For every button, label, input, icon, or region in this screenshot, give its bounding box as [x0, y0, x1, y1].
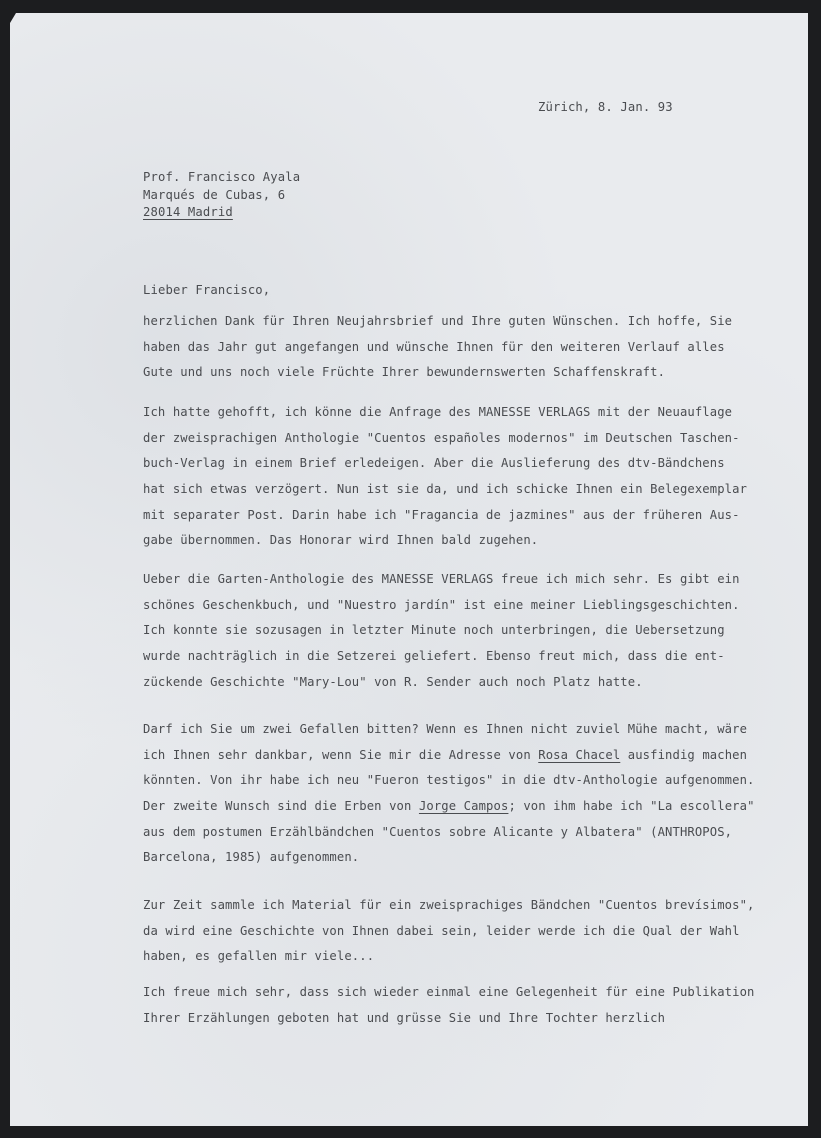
text-line: hat sich etwas verzögert. Nun ist sie da… — [143, 477, 747, 503]
text-line: wurde nachträglich in die Setzerei gelie… — [143, 644, 740, 670]
salutation: Lieber Francisco, — [143, 283, 270, 297]
text-line-with-name: Der zweite Wunsch sind die Erben von Jor… — [143, 794, 755, 820]
text-line-with-name: ich Ihnen sehr dankbar, wenn Sie mir die… — [143, 743, 755, 769]
text-line: der zweisprachigen Anthologie "Cuentos e… — [143, 426, 747, 452]
paragraph-4: Darf ich Sie um zwei Gefallen bitten? We… — [143, 717, 755, 871]
text-segment: ausfindig machen — [620, 748, 747, 762]
text-line: da wird eine Geschichte von Ihnen dabei … — [143, 919, 755, 945]
paragraph-2: Ich hatte gehofft, ich könne die Anfrage… — [143, 400, 747, 554]
text-line: mit separater Post. Darin habe ich "Frag… — [143, 503, 747, 529]
recipient-name: Prof. Francisco Ayala — [143, 168, 300, 187]
text-line: Gute und uns noch viele Früchte Ihrer be… — [143, 360, 732, 386]
date-line: Zürich, 8. Jan. 93 — [538, 100, 673, 114]
text-line: Ueber die Garten-Anthologie des MANESSE … — [143, 567, 740, 593]
text-line: Darf ich Sie um zwei Gefallen bitten? We… — [143, 717, 755, 743]
text-line: Barcelona, 1985) aufgenommen. — [143, 845, 755, 871]
text-line: buch-Verlag in einem Brief erledeigen. A… — [143, 451, 747, 477]
text-line: zückende Geschichte "Mary-Lou" von R. Se… — [143, 670, 740, 696]
text-line: schönes Geschenkbuch, und "Nuestro jardí… — [143, 593, 740, 619]
text-line: haben das Jahr gut angefangen und wünsch… — [143, 335, 732, 361]
text-line: Ich hatte gehofft, ich könne die Anfrage… — [143, 400, 747, 426]
recipient-city: 28014 Madrid — [143, 203, 233, 222]
paragraph-1: herzlichen Dank für Ihren Neujahrsbrief … — [143, 309, 732, 386]
text-line: haben, es gefallen mir viele... — [143, 944, 755, 970]
underlined-name-rosa-chacel: Rosa Chacel — [538, 748, 620, 762]
paragraph-5: Zur Zeit sammle ich Material für ein zwe… — [143, 893, 755, 970]
text-line: Zur Zeit sammle ich Material für ein zwe… — [143, 893, 755, 919]
text-line: gabe übernommen. Das Honorar wird Ihnen … — [143, 528, 747, 554]
text-line: aus dem postumen Erzählbändchen "Cuentos… — [143, 820, 755, 846]
text-line: Ihrer Erzählungen geboten hat und grüsse… — [143, 1006, 755, 1032]
text-segment: ; von ihm habe ich "La escollera" — [508, 799, 754, 813]
text-line: herzlichen Dank für Ihren Neujahrsbrief … — [143, 309, 732, 335]
text-segment: ich Ihnen sehr dankbar, wenn Sie mir die… — [143, 748, 538, 762]
text-line: Ich konnte sie sozusagen in letzter Minu… — [143, 618, 740, 644]
text-segment: Der zweite Wunsch sind die Erben von — [143, 799, 419, 813]
paragraph-3: Ueber die Garten-Anthologie des MANESSE … — [143, 567, 740, 695]
underlined-name-jorge-campos: Jorge Campos — [419, 799, 509, 813]
text-line: könnten. Von ihr habe ich neu "Fueron te… — [143, 768, 755, 794]
text-line: Ich freue mich sehr, dass sich wieder ei… — [143, 980, 755, 1006]
paragraph-6: Ich freue mich sehr, dass sich wieder ei… — [143, 980, 755, 1031]
